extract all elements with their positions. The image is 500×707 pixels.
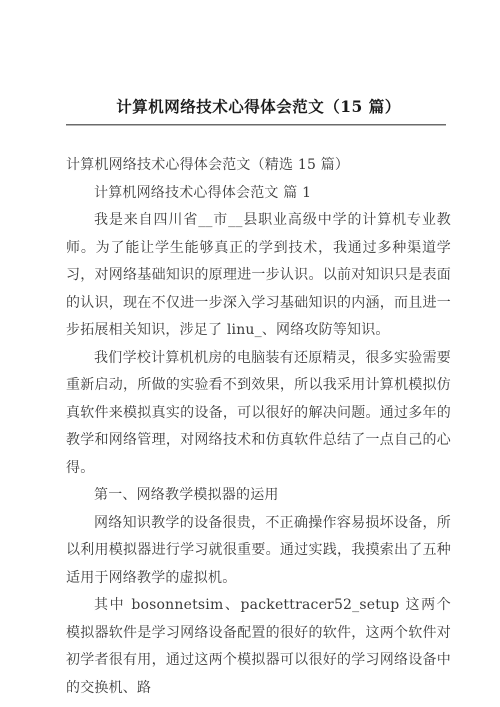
paragraph: 第一、网络教学模拟器的运用 [66, 482, 451, 510]
document-body: 计算机网络技术心得体会范文（精选 15 篇）计算机网络技术心得体会范文 篇 1我… [66, 152, 451, 702]
document-content: 计算机网络技术心得体会范文（15 篇） 计算机网络技术心得体会范文（精选 15 … [66, 0, 451, 702]
paragraph: 我是来自四川省__市__县职业高级中学的计算机专业教师。为了能让学生能够真正的学… [66, 207, 451, 345]
title-divider [66, 124, 446, 126]
paragraph: 其中 bosonnetsim、packettracer52_setup 这两个模… [66, 592, 451, 702]
paragraph: 我们学校计算机机房的电脑装有还原精灵，很多实验需要重新启动，所做的实验看不到效果… [66, 345, 451, 483]
paragraph: 计算机网络技术心得体会范文（精选 15 篇） [66, 152, 451, 180]
paragraph: 网络知识教学的设备很贵，不正确操作容易损坏设备，所以利用模拟器进行学习就很重要。… [66, 510, 451, 593]
document-title: 计算机网络技术心得体会范文（15 篇） [66, 97, 451, 116]
paragraph: 计算机网络技术心得体会范文 篇 1 [66, 180, 451, 208]
document-page: 计算机网络技术心得体会范文（15 篇） 计算机网络技术心得体会范文（精选 15 … [0, 0, 500, 707]
